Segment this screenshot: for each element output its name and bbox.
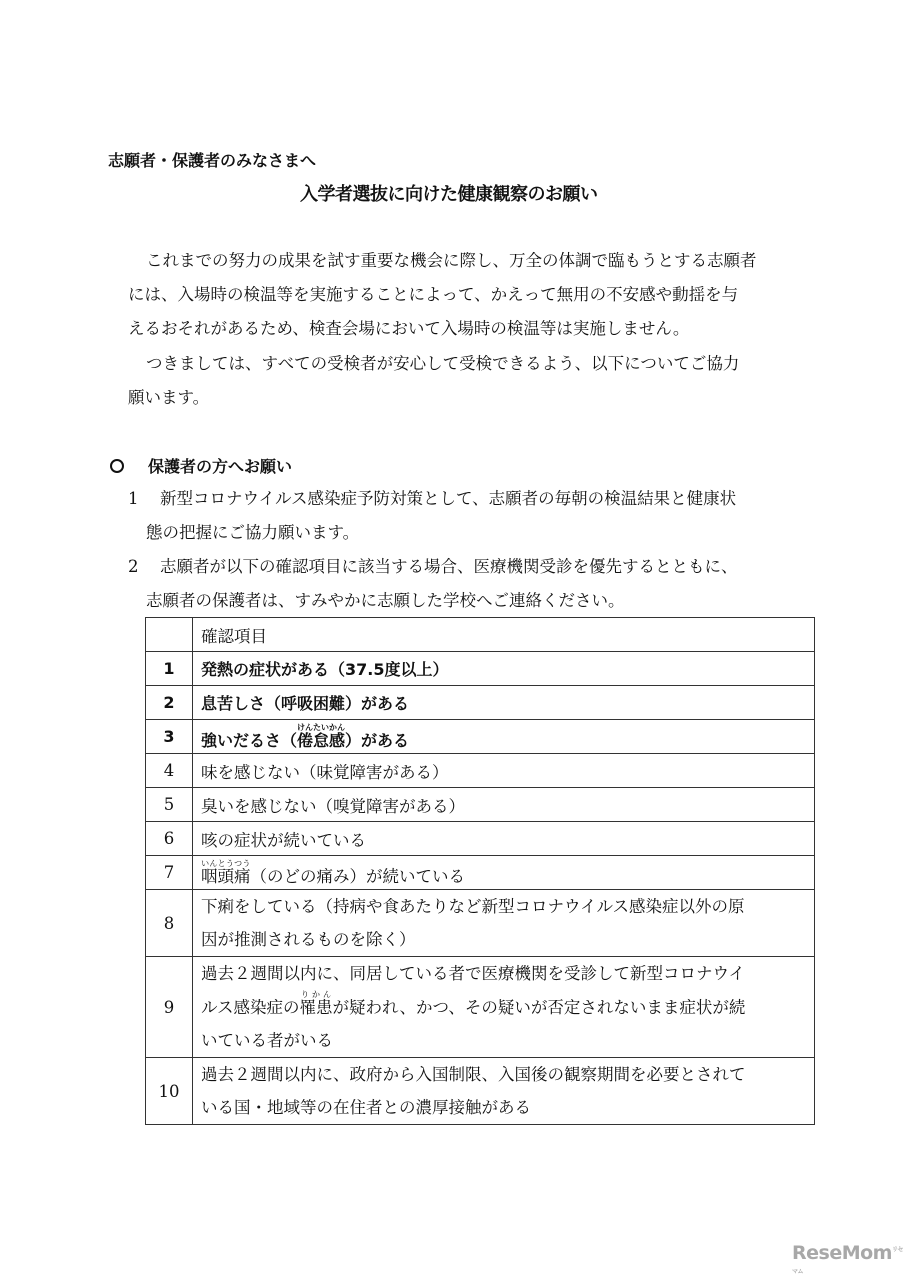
table-row: 5 臭いを感じない（嗅覚障害がある） — [146, 788, 815, 822]
text-line: えるおそれがあるため、検査会場において入場時の検温等は実施しません。 — [128, 312, 828, 346]
list-item-number: 2 — [128, 550, 160, 584]
resemom-logo: ReseMomリセマム — [792, 1242, 905, 1280]
row-text: 息苦しさ（呼吸困難）がある — [193, 686, 815, 720]
text-line: には、入場時の検温等を実施することによって、かえって無用の不安感や動揺を与 — [128, 278, 828, 312]
ruby-annotation: 倦怠感けんたいかん — [297, 731, 345, 750]
row-text: 下痢をしている（持病や食あたりなど新型コロナウイルス感染症以外の原 因が推測され… — [193, 890, 815, 957]
table-row: 3 強いだるさ（倦怠感けんたいかん）がある — [146, 720, 815, 754]
row-text: 咽頭痛いんとうつう（のどの痛み）が続いている — [193, 856, 815, 890]
row-number: 9 — [146, 957, 193, 1058]
row-text: 味を感じない（味覚障害がある） — [193, 754, 815, 788]
ruby-annotation: 罹患りかん — [300, 998, 333, 1017]
page-title: 入学者選抜に向けた健康観察のお願い — [300, 180, 598, 206]
text-line: 志願者が以下の確認項目に該当する場合、医療機関受診を優先するとともに、 — [160, 557, 738, 576]
row-number: 1 — [146, 652, 193, 686]
intro-paragraph-2: つきましては、すべての受検者が安心して受検できるよう、以下についてご協力 願いま… — [128, 347, 828, 415]
table-row: 10 過去２週間以内に、政府から入国制限、入国後の観察期間を必要とされて いる国… — [146, 1058, 815, 1125]
row-number: 4 — [146, 754, 193, 788]
row-text: 過去２週間以内に、政府から入国制限、入国後の観察期間を必要とされて いる国・地域… — [193, 1058, 815, 1125]
table-header-row: 確認項目 — [146, 618, 815, 652]
document-page: 志願者・保護者のみなさまへ 入学者選抜に向けた健康観察のお願い これまでの努力の… — [0, 0, 905, 1280]
table-row: 1 発熱の症状がある（37.5度以上） — [146, 652, 815, 686]
section-heading: 保護者の方へお願い — [110, 454, 292, 477]
row-number: 3 — [146, 720, 193, 754]
ruby-annotation: 咽頭痛いんとうつう — [201, 867, 251, 886]
row-text: 発熱の症状がある（37.5度以上） — [193, 652, 815, 686]
text-line: 新型コロナウイルス感染症予防対策として、志願者の毎朝の検温結果と健康状 — [160, 489, 736, 508]
row-number: 10 — [146, 1058, 193, 1125]
checklist-table: 確認項目 1 発熱の症状がある（37.5度以上） 2 息苦しさ（呼吸困難）がある… — [145, 617, 815, 1125]
request-list: 1新型コロナウイルス感染症予防対策として、志願者の毎朝の検温結果と健康状 態の把… — [128, 482, 828, 618]
row-number: 2 — [146, 686, 193, 720]
table-row: 7 咽頭痛いんとうつう（のどの痛み）が続いている — [146, 856, 815, 890]
text-line: つきましては、すべての受検者が安心して受検できるよう、以下についてご協力 — [128, 347, 828, 381]
list-item-number: 1 — [128, 482, 160, 516]
text-line: 態の把握にご協力願います。 — [128, 516, 828, 550]
table-row: 6 咳の症状が続いている — [146, 822, 815, 856]
row-text: 強いだるさ（倦怠感けんたいかん）がある — [193, 720, 815, 754]
table-row: 8 下痢をしている（持病や食あたりなど新型コロナウイルス感染症以外の原 因が推測… — [146, 890, 815, 957]
text-line: 志願者の保護者は、すみやかに志願した学校へご連絡ください。 — [128, 584, 828, 618]
table-row: 9 過去２週間以内に、同居している者で医療機関を受診して新型コロナウイ ルス感染… — [146, 957, 815, 1058]
table-row: 4 味を感じない（味覚障害がある） — [146, 754, 815, 788]
addressee: 志願者・保護者のみなさまへ — [108, 148, 316, 171]
row-text: 過去２週間以内に、同居している者で医療機関を受診して新型コロナウイ ルス感染症の… — [193, 957, 815, 1058]
row-number: 5 — [146, 788, 193, 822]
intro-paragraph-1: これまでの努力の成果を試す重要な機会に際し、万全の体調で臨もうとする志願者 には… — [128, 244, 828, 346]
row-number: 8 — [146, 890, 193, 957]
section-heading-text: 保護者の方へお願い — [148, 454, 292, 477]
row-number: 7 — [146, 856, 193, 890]
table-header: 確認項目 — [193, 618, 815, 652]
text-line: 願います。 — [128, 381, 828, 415]
circle-bullet-icon — [110, 459, 124, 473]
row-text: 臭いを感じない（嗅覚障害がある） — [193, 788, 815, 822]
list-item: 1新型コロナウイルス感染症予防対策として、志願者の毎朝の検温結果と健康状 態の把… — [128, 482, 828, 550]
row-number: 6 — [146, 822, 193, 856]
table-row: 2 息苦しさ（呼吸困難）がある — [146, 686, 815, 720]
row-text: 咳の症状が続いている — [193, 822, 815, 856]
table-cell — [146, 618, 193, 652]
text-line: これまでの努力の成果を試す重要な機会に際し、万全の体調で臨もうとする志願者 — [128, 244, 828, 278]
list-item: 2志願者が以下の確認項目に該当する場合、医療機関受診を優先するとともに、 志願者… — [128, 550, 828, 618]
